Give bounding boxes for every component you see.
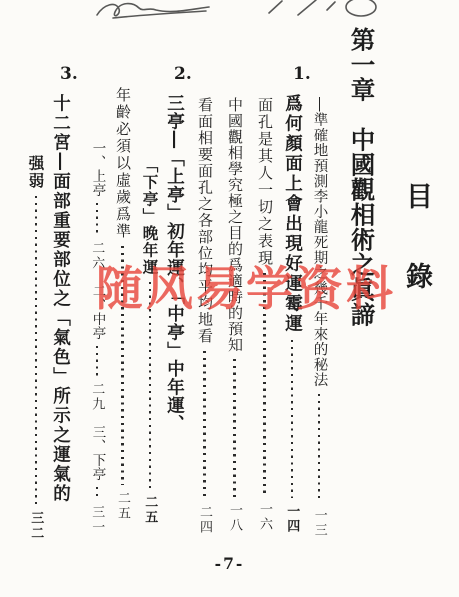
toc-heading: 目錄: [403, 182, 430, 342]
dotted-leader: [291, 340, 293, 498]
page-ref: 一三: [313, 508, 326, 538]
entry-title: 中國觀相學究極之目的爲適時的預知: [227, 97, 242, 353]
chapter-subtitle-entry: ―準確地預測李小龍死期之幾千年來的秘法 一三: [312, 97, 327, 538]
page-ref: 二四: [198, 505, 211, 535]
dotted-leader: [149, 282, 151, 489]
entry-2-number: 2.: [174, 66, 192, 83]
toc-subentry-1: 面孔是其人一切之表現 一六: [257, 97, 272, 532]
entry-title: 年齡必須以虛歲爲準: [115, 87, 130, 240]
page-ref: 二九: [90, 382, 103, 412]
dotted-leader: [96, 487, 98, 499]
book-page-scan: 目錄 第一章 中國觀相術之眞諦 ―準確地預測李小龍死期之幾千年來的秘法 一三 1…: [0, 0, 459, 597]
entry-title: 爲何顏面上會出現好運霉運: [283, 94, 301, 334]
toc-entry-3-continuation: 强弱 三二: [28, 155, 44, 541]
chapter-title: 第一章 中國觀相術之眞諦: [349, 27, 374, 327]
entry-1-number: 1.: [293, 66, 311, 83]
entry-title: 「下亭」晚年運: [142, 157, 158, 276]
page-ref: 三一: [90, 505, 103, 535]
page-ref: 二六: [90, 241, 103, 271]
toc-subentry-4: 年齡必須以虛歲爲準 二五: [115, 87, 130, 521]
entry-title: 强弱: [28, 155, 44, 190]
page-ref: 一四: [285, 504, 298, 534]
dotted-leader: [121, 246, 123, 485]
entry-title: 三亭―「上亭」初年運、「中亭」中年運、: [165, 94, 183, 433]
page-ref: 一八: [228, 503, 241, 533]
handwritten-scribbles: [0, 0, 459, 42]
part-label: 三、下亭: [90, 425, 104, 481]
toc-subentry-2: 中國觀相學究極之目的爲適時的預知 一八: [227, 97, 242, 533]
dotted-leader: [203, 351, 205, 500]
toc-entry-2: 三亭―「上亭」初年運、「中亭」中年運、: [165, 94, 183, 433]
toc-subentry-5-parts: 一、上亭 二六 二、中亭 二九 三、下亭 三一: [90, 141, 104, 515]
entry-title: 看面相要面孔之各部位均平均地看: [197, 97, 212, 345]
toc-heading-text: 目錄: [403, 182, 430, 342]
toc-entry-2-continuation: 「下亭」晚年運 二五: [142, 157, 158, 525]
entry-3-number: 3.: [60, 66, 78, 83]
part-label: 二、中亭: [90, 284, 104, 340]
page-ref: 三二: [29, 511, 42, 541]
dotted-leader: [263, 273, 265, 496]
chapter-subtitle-text: ―準確地預測李小龍死期之幾千年來的秘法: [312, 97, 327, 388]
page-ref: 二五: [143, 495, 156, 525]
entry-title: 十二宮―面部重要部位之「氣色」所示之運氣的: [51, 94, 69, 504]
page-ref: 二五: [116, 491, 129, 521]
dotted-leader: [96, 203, 98, 235]
toc-entry-1: 爲何顏面上會出現好運霉運 一四: [283, 94, 301, 534]
toc-entry-3: 十二宮―面部重要部位之「氣色」所示之運氣的: [51, 94, 69, 504]
dotted-leader: [35, 196, 37, 505]
page-number: -7-: [0, 554, 459, 573]
dotted-leader: [96, 346, 98, 376]
dotted-leader: [233, 359, 235, 497]
part-label: 一、上亭: [90, 141, 104, 197]
page-ref: 一六: [258, 502, 271, 532]
chapter-title-text: 第一章 中國觀相術之眞諦: [349, 27, 374, 327]
entry-title: 面孔是其人一切之表現: [257, 97, 272, 267]
dotted-leader: [318, 394, 320, 502]
toc-subentry-3: 看面相要面孔之各部位均平均地看 二四: [197, 97, 212, 535]
